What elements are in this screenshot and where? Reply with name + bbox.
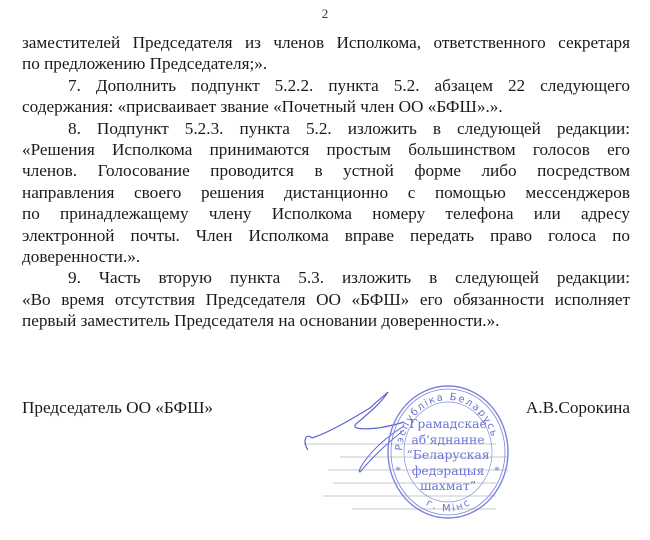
- stamp-line: Грамадскае: [386, 416, 510, 432]
- text-line: «Решения Исполкома принимаются простым б…: [22, 139, 630, 160]
- stamp-line: шахмат”: [386, 478, 510, 494]
- paragraph-9-start: 9. Часть вторую пункта 5.3. изложить в с…: [22, 267, 630, 288]
- text-line: доверенности.».: [22, 246, 630, 267]
- text-line: членов. Голосование проводится в устной …: [22, 160, 630, 181]
- signer-name: А.В.Сорокина: [526, 398, 630, 418]
- document-body: заместителей Председателя из членов Испо…: [22, 32, 630, 332]
- stamp-center-text: Грамадскае аб'яднанне “Беларуская федэра…: [386, 416, 510, 494]
- text-line: содержания: «присваивает звание «Почетны…: [22, 96, 630, 117]
- page-number: 2: [0, 6, 650, 22]
- stamp-line: федэрацыя: [386, 463, 510, 479]
- text-line: направления своего решения дистанционно …: [22, 182, 630, 203]
- text-line: по принадлежащему члену Исполкома номеру…: [22, 203, 630, 224]
- paragraph-7-start: 7. Дополнить подпункт 5.2.2. пункта 5.2.…: [22, 75, 630, 96]
- text-line: по предложению Председателя;».: [22, 53, 630, 74]
- signer-title: Председатель ОО «БФШ»: [22, 398, 213, 418]
- text-line: «Во время отсутствия Председателя ОО «БФ…: [22, 289, 630, 310]
- text-line: электронной почты. Член Исполкома вправе…: [22, 225, 630, 246]
- text-line: первый заместитель Председателя на основ…: [22, 310, 630, 331]
- text-line: заместителей Председателя из членов Испо…: [22, 32, 630, 53]
- stamp-line: аб'яднанне: [386, 432, 510, 448]
- stamp-line: “Беларуская: [386, 447, 510, 463]
- paragraph-8-start: 8. Подпункт 5.2.3. пункта 5.2. изложить …: [22, 118, 630, 139]
- official-stamp: Рэспубліка Беларусь г. Мінск * * Грамадс…: [386, 382, 510, 520]
